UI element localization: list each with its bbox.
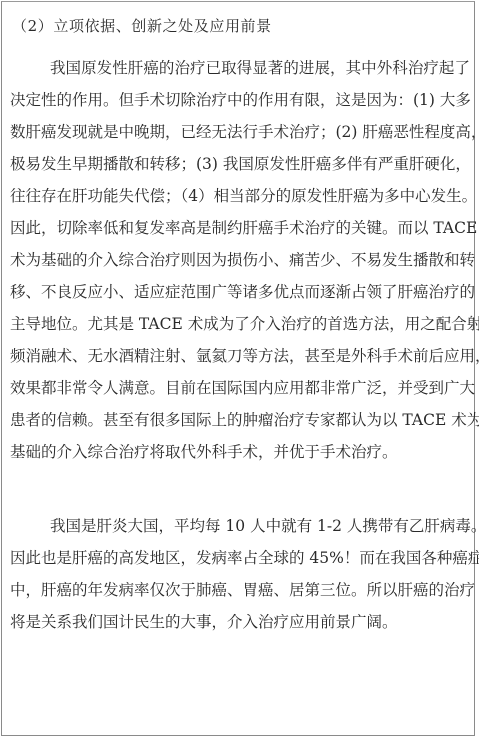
paragraph-hepatitis-context: 我国是肝炎大国，平均每 10 人中就有 1-2 人携带有乙肝病毒。 因此也是肝癌… <box>10 510 470 638</box>
paragraph-line: 效果都非常令人满意。目前在国际国内应用都非常广泛，并受到广大 <box>10 372 470 404</box>
paragraph-line: 因此也是肝癌的高发地区，发病率占全球的 45%！而在我国各种癌症 <box>10 542 470 574</box>
paragraph-line: 极易发生早期播散和转移；(3) 我国原发性肝癌多伴有严重肝硬化， <box>10 148 470 180</box>
paragraph-line: 数肝癌发现就是中晚期，已经无法行手术治疗；(2) 肝癌恶性程度高， <box>10 116 470 148</box>
paragraph-line: 患者的信赖。甚至有很多国际上的肿瘤治疗专家都认为以 TACE 术为 <box>10 404 470 436</box>
paragraph-line: 频消融术、无水酒精注射、氩氦刀等方法，甚至是外科手术前后应用， <box>10 340 470 372</box>
paragraph-line: 基础的介入综合治疗将取代外科手术，并优于手术治疗。 <box>10 436 470 468</box>
section-heading: （2）立项依据、创新之处及应用前景 <box>12 15 272 36</box>
paragraph-line: 术为基础的介入综合治疗则因为损伤小、痛苦少、不易发生播散和转 <box>10 244 470 276</box>
paragraph-line: 主导地位。尤其是 TACE 术成为了介入治疗的首选方法，用之配合射 <box>10 308 470 340</box>
paragraph-line: 我国原发性肝癌的治疗已取得显著的进展，其中外科治疗起了 <box>10 52 470 84</box>
paragraph-line: 往往存在肝功能失代偿；（4）相当部分的原发性肝癌为多中心发生。 <box>10 180 470 212</box>
paragraph-line: 移、不良反应小、适应症范围广等诸多优点而逐渐占领了肝癌治疗的 <box>10 276 470 308</box>
paragraph-line: 我国是肝炎大国，平均每 10 人中就有 1-2 人携带有乙肝病毒。 <box>10 510 470 542</box>
paragraph-line: 因此，切除率低和复发率高是制约肝癌手术治疗的关键。而以 TACE <box>10 212 470 244</box>
document-page: （2）立项依据、创新之处及应用前景 我国原发性肝癌的治疗已取得显著的进展，其中外… <box>1 1 475 736</box>
paragraph-line: 中，肝癌的年发病率仅次于肺癌、胃癌、居第三位。所以肝癌的治疗 <box>10 574 470 606</box>
paragraph-line: 将是关系我们国计民生的大事，介入治疗应用前景广阔。 <box>10 606 470 638</box>
paragraph-treatment-background: 我国原发性肝癌的治疗已取得显著的进展，其中外科治疗起了 决定性的作用。但手术切除… <box>10 52 470 468</box>
paragraph-line: 决定性的作用。但手术切除治疗中的作用有限，这是因为：(1) 大多 <box>10 84 470 116</box>
